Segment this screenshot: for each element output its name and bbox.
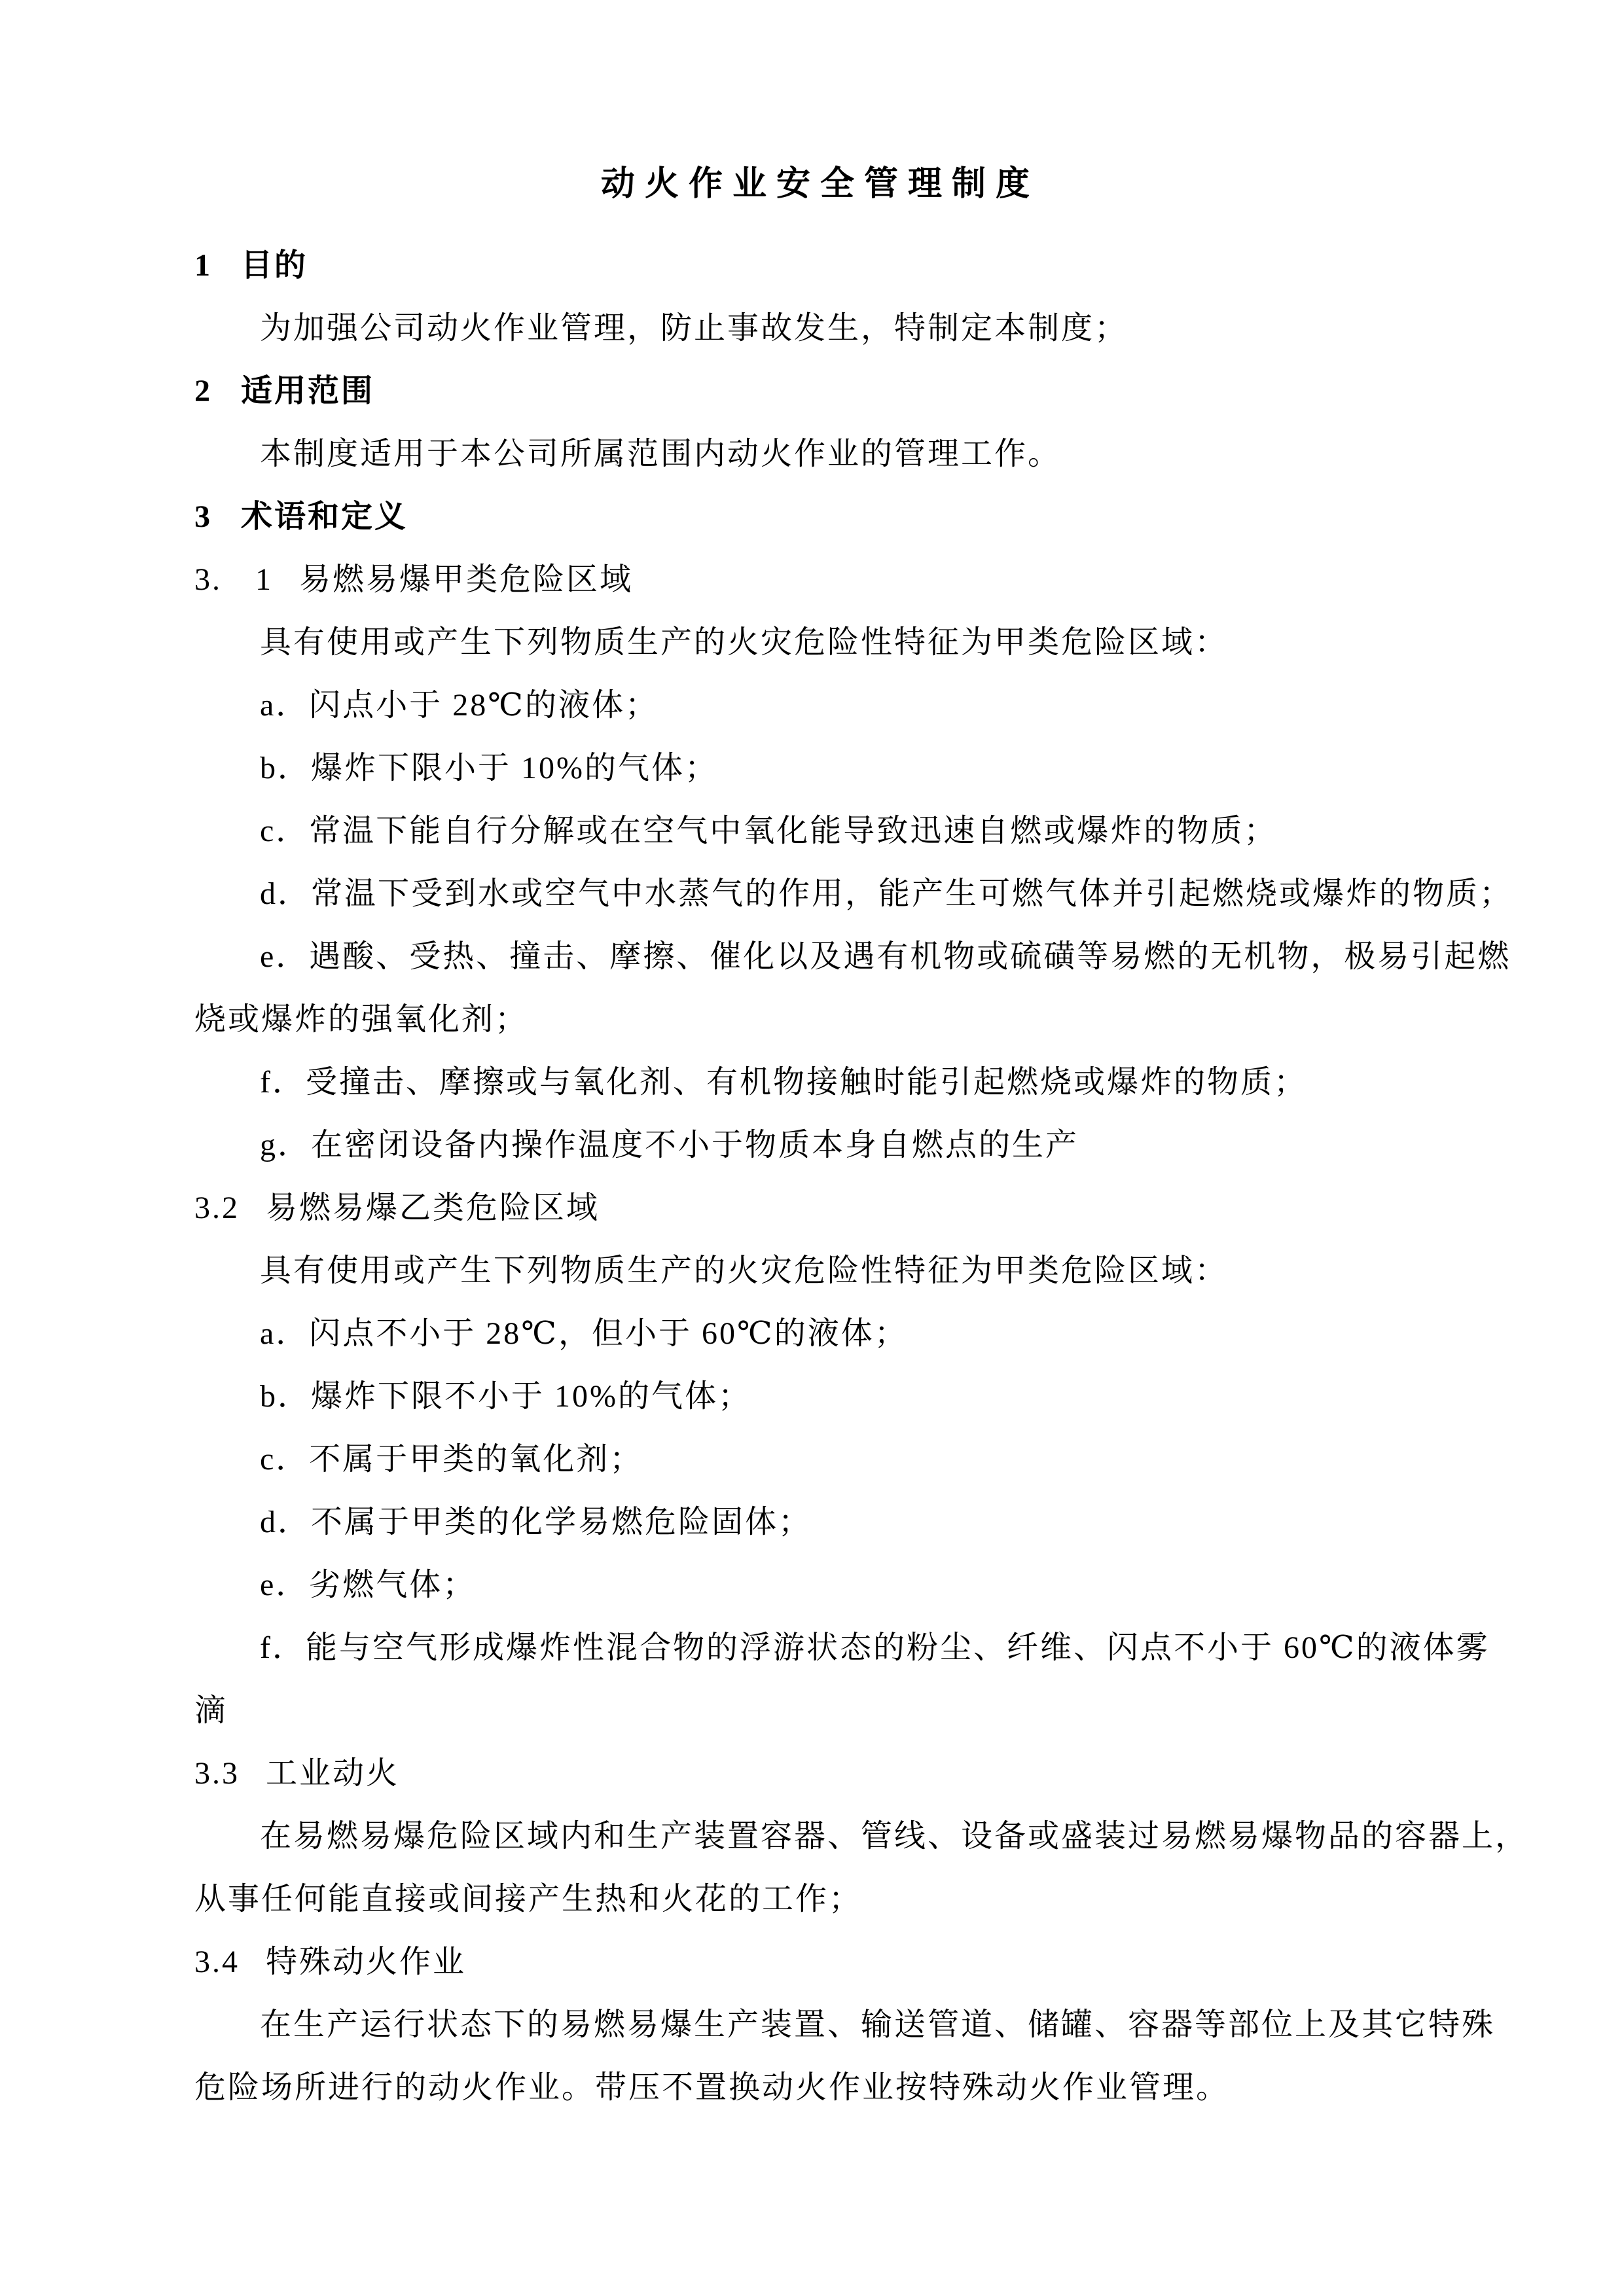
section-number: 1 [194,234,212,297]
section-subheading: 3.2易燃易爆乙类危险区域 [0,1177,1624,1240]
paragraph-line: 为加强公司动火作业管理，防止事故发生，特制定本制度； [0,297,1624,360]
paragraph-line: 烧或爆炸的强氧化剂； [0,988,1624,1051]
section-subheading: 3.4特殊动火作业 [0,1931,1624,1994]
section-heading: 2适用范围 [0,360,1624,423]
section-heading: 1目的 [0,234,1624,297]
paragraph-line: b．爆炸下限小于 10%的气体； [0,737,1624,800]
paragraph-line: a．闪点小于 28℃的液体； [0,674,1624,737]
paragraph-line: f．受撞击、摩擦或与氧化剂、有机物接触时能引起燃烧或爆炸的物质； [0,1051,1624,1114]
document-page: 动火作业安全管理制度 1目的为加强公司动火作业管理，防止事故发生，特制定本制度；… [0,0,1624,2296]
paragraph-line: c．常温下能自行分解或在空气中氧化能导致迅速自燃或爆炸的物质； [0,800,1624,863]
section-number: 3 [194,486,212,548]
paragraph-line: a．闪点不小于 28℃，但小于 60℃的液体； [0,1302,1624,1365]
paragraph-line: d．常温下受到水或空气中水蒸气的作用，能产生可燃气体并引起燃烧或爆炸的物质； [0,863,1624,925]
paragraph-line: 危险场所进行的动火作业。带压不置换动火作业按特殊动火作业管理。 [0,2056,1624,2119]
section-label: 目的 [241,248,308,283]
section-label: 术语和定义 [241,499,408,534]
section-number: 3.3 [194,1742,240,1805]
paragraph-line: g．在密闭设备内操作温度不小于物质本身自燃点的生产 [0,1114,1624,1177]
section-label: 易燃易爆甲类危险区域 [299,562,633,597]
section-label: 适用范围 [241,374,374,408]
paragraph-line: e．遇酸、受热、撞击、摩擦、催化以及遇有机物或硫磺等易燃的无机物，极易引起燃 [0,925,1624,988]
section-label: 特殊动火作业 [266,1945,466,1979]
section-heading: 3术语和定义 [0,486,1624,548]
section-number: 3.4 [194,1931,240,1994]
paragraph-line: 具有使用或产生下列物质生产的火灾危险性特征为甲类危险区域： [0,1240,1624,1302]
section-label: 易燃易爆乙类危险区域 [266,1191,600,1225]
paragraph-line: 具有使用或产生下列物质生产的火灾危险性特征为甲类危险区域： [0,611,1624,674]
section-number: 3. 1 [194,548,273,611]
paragraph-line: d．不属于甲类的化学易燃危险固体； [0,1491,1624,1554]
paragraph-line: 本制度适用于本公司所属范围内动火作业的管理工作。 [0,423,1624,486]
paragraph-line: b．爆炸下限不小于 10%的气体； [0,1365,1624,1428]
section-subheading: 3. 1易燃易爆甲类危险区域 [0,548,1624,611]
document-title: 动火作业安全管理制度 [0,152,1624,215]
section-label: 工业动火 [266,1756,399,1791]
paragraph-line: c．不属于甲类的氧化剂； [0,1428,1624,1491]
paragraph-line: e．劣燃气体； [0,1554,1624,1617]
section-subheading: 3.3工业动火 [0,1742,1624,1805]
section-number: 2 [194,360,212,423]
paragraph-line: 从事任何能直接或间接产生热和火花的工作； [0,1868,1624,1931]
paragraph-line: 在生产运行状态下的易燃易爆生产装置、输送管道、储罐、容器等部位上及其它特殊 [0,1994,1624,2056]
paragraph-line: 滴 [0,1679,1624,1742]
paragraph-line: f．能与空气形成爆炸性混合物的浮游状态的粉尘、纤维、闪点不小于 60℃的液体雾 [0,1617,1624,1679]
document-body: 1目的为加强公司动火作业管理，防止事故发生，特制定本制度；2适用范围本制度适用于… [0,234,1624,2119]
paragraph-line: 在易燃易爆危险区域内和生产装置容器、管线、设备或盛装过易燃易爆物品的容器上， [0,1805,1624,1868]
section-number: 3.2 [194,1177,240,1240]
